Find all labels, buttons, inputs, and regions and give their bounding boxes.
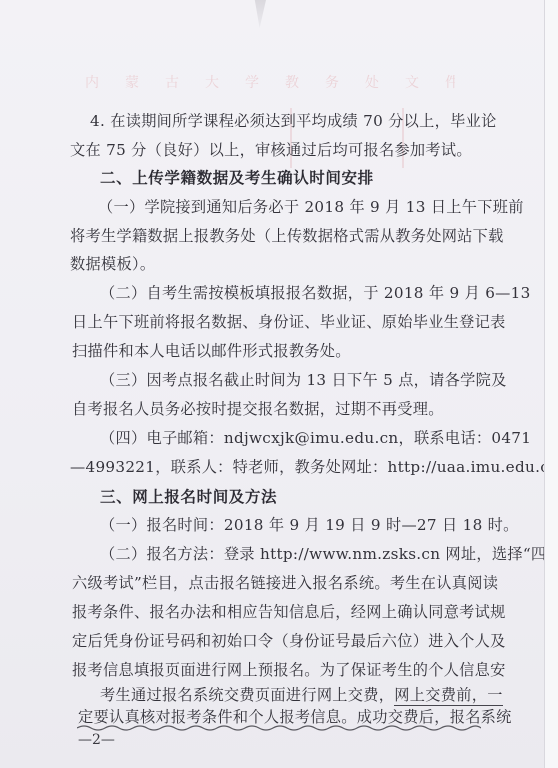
line-text: 报考条件、报名办法和相应告知信息后，经网上确认同意考试规 xyxy=(72,601,506,622)
line-text: 将考生学籍数据上报教务处（上传数据格式需从教务处网站下载 xyxy=(70,225,504,246)
line-text: 数据模板）。 xyxy=(70,253,155,274)
paper-fold-mark xyxy=(250,0,266,28)
underlined-warning: 网上交费前，一 xyxy=(394,686,502,706)
line-text: 报考信息填报页面进行网上预报名。为了保证考生的个人信息安 xyxy=(72,659,506,680)
line-text: 日上午下班前将报名数据、身份证、毕业证、原始毕业生登记表 xyxy=(72,311,506,332)
wavy-underline xyxy=(77,724,481,732)
page-edge xyxy=(544,0,558,768)
bleed-through-stamp: 内蒙古大学教务处文件 xyxy=(85,72,455,90)
line-text: —4993221，联系人：特老师，教务处网址：http://uaa.imu.ed… xyxy=(70,456,558,477)
payment-text: 考生通过报名系统交费页面进行网上交费， xyxy=(100,686,394,704)
line-text: 三、网上报名时间及方法 xyxy=(100,485,277,507)
line-text: （二）报名方法：登录 http://www.nm.zsks.cn 网址，选择“四 xyxy=(100,543,546,564)
line-text: 二、上传学籍数据及考生确认时间安排 xyxy=(100,166,374,188)
line-text: （二）自考生需按模板填报报名数据，于 2018 年 9 月 6—13 xyxy=(100,282,531,303)
line-text: 文在 75 分（良好）以上，审核通过后均可报名参加考试。 xyxy=(70,139,472,160)
line-text: （一）报名时间：2018 年 9 月 19 日 9 时—27 日 18 时。 xyxy=(100,514,519,535)
line-text: 定后凭身份证号码和初始口令（身份证号最后六位）进入个人及 xyxy=(72,630,506,651)
line-text: （一）学院接到通知后务必于 2018 年 9 月 13 日上午下班前 xyxy=(98,196,524,217)
line-text: 自考报名人员务必按时提交报名数据，过期不再受理。 xyxy=(72,398,444,419)
line-text: （三）因考点报名截止时间为 13 日下午 5 点，请各学院及 xyxy=(100,369,507,390)
line-text: （四）电子邮箱：ndjwcxjk@imu.edu.cn，联系电话：0471 xyxy=(100,427,531,448)
line-text: 扫描件和本人电话以邮件形式报教务处。 xyxy=(72,340,351,361)
document-page: 内蒙古大学教务处文件 4. 在读期间所学课程必须达到平均成绩 70 分以上，毕业… xyxy=(0,0,545,768)
line-text: 六级考试”栏目，点击报名链接进入报名系统。考生在认真阅读 xyxy=(72,572,498,593)
line-text: 4. 在读期间所学课程必须达到平均成绩 70 分以上，毕业论 xyxy=(90,110,497,131)
page-number: —2— xyxy=(78,732,115,748)
